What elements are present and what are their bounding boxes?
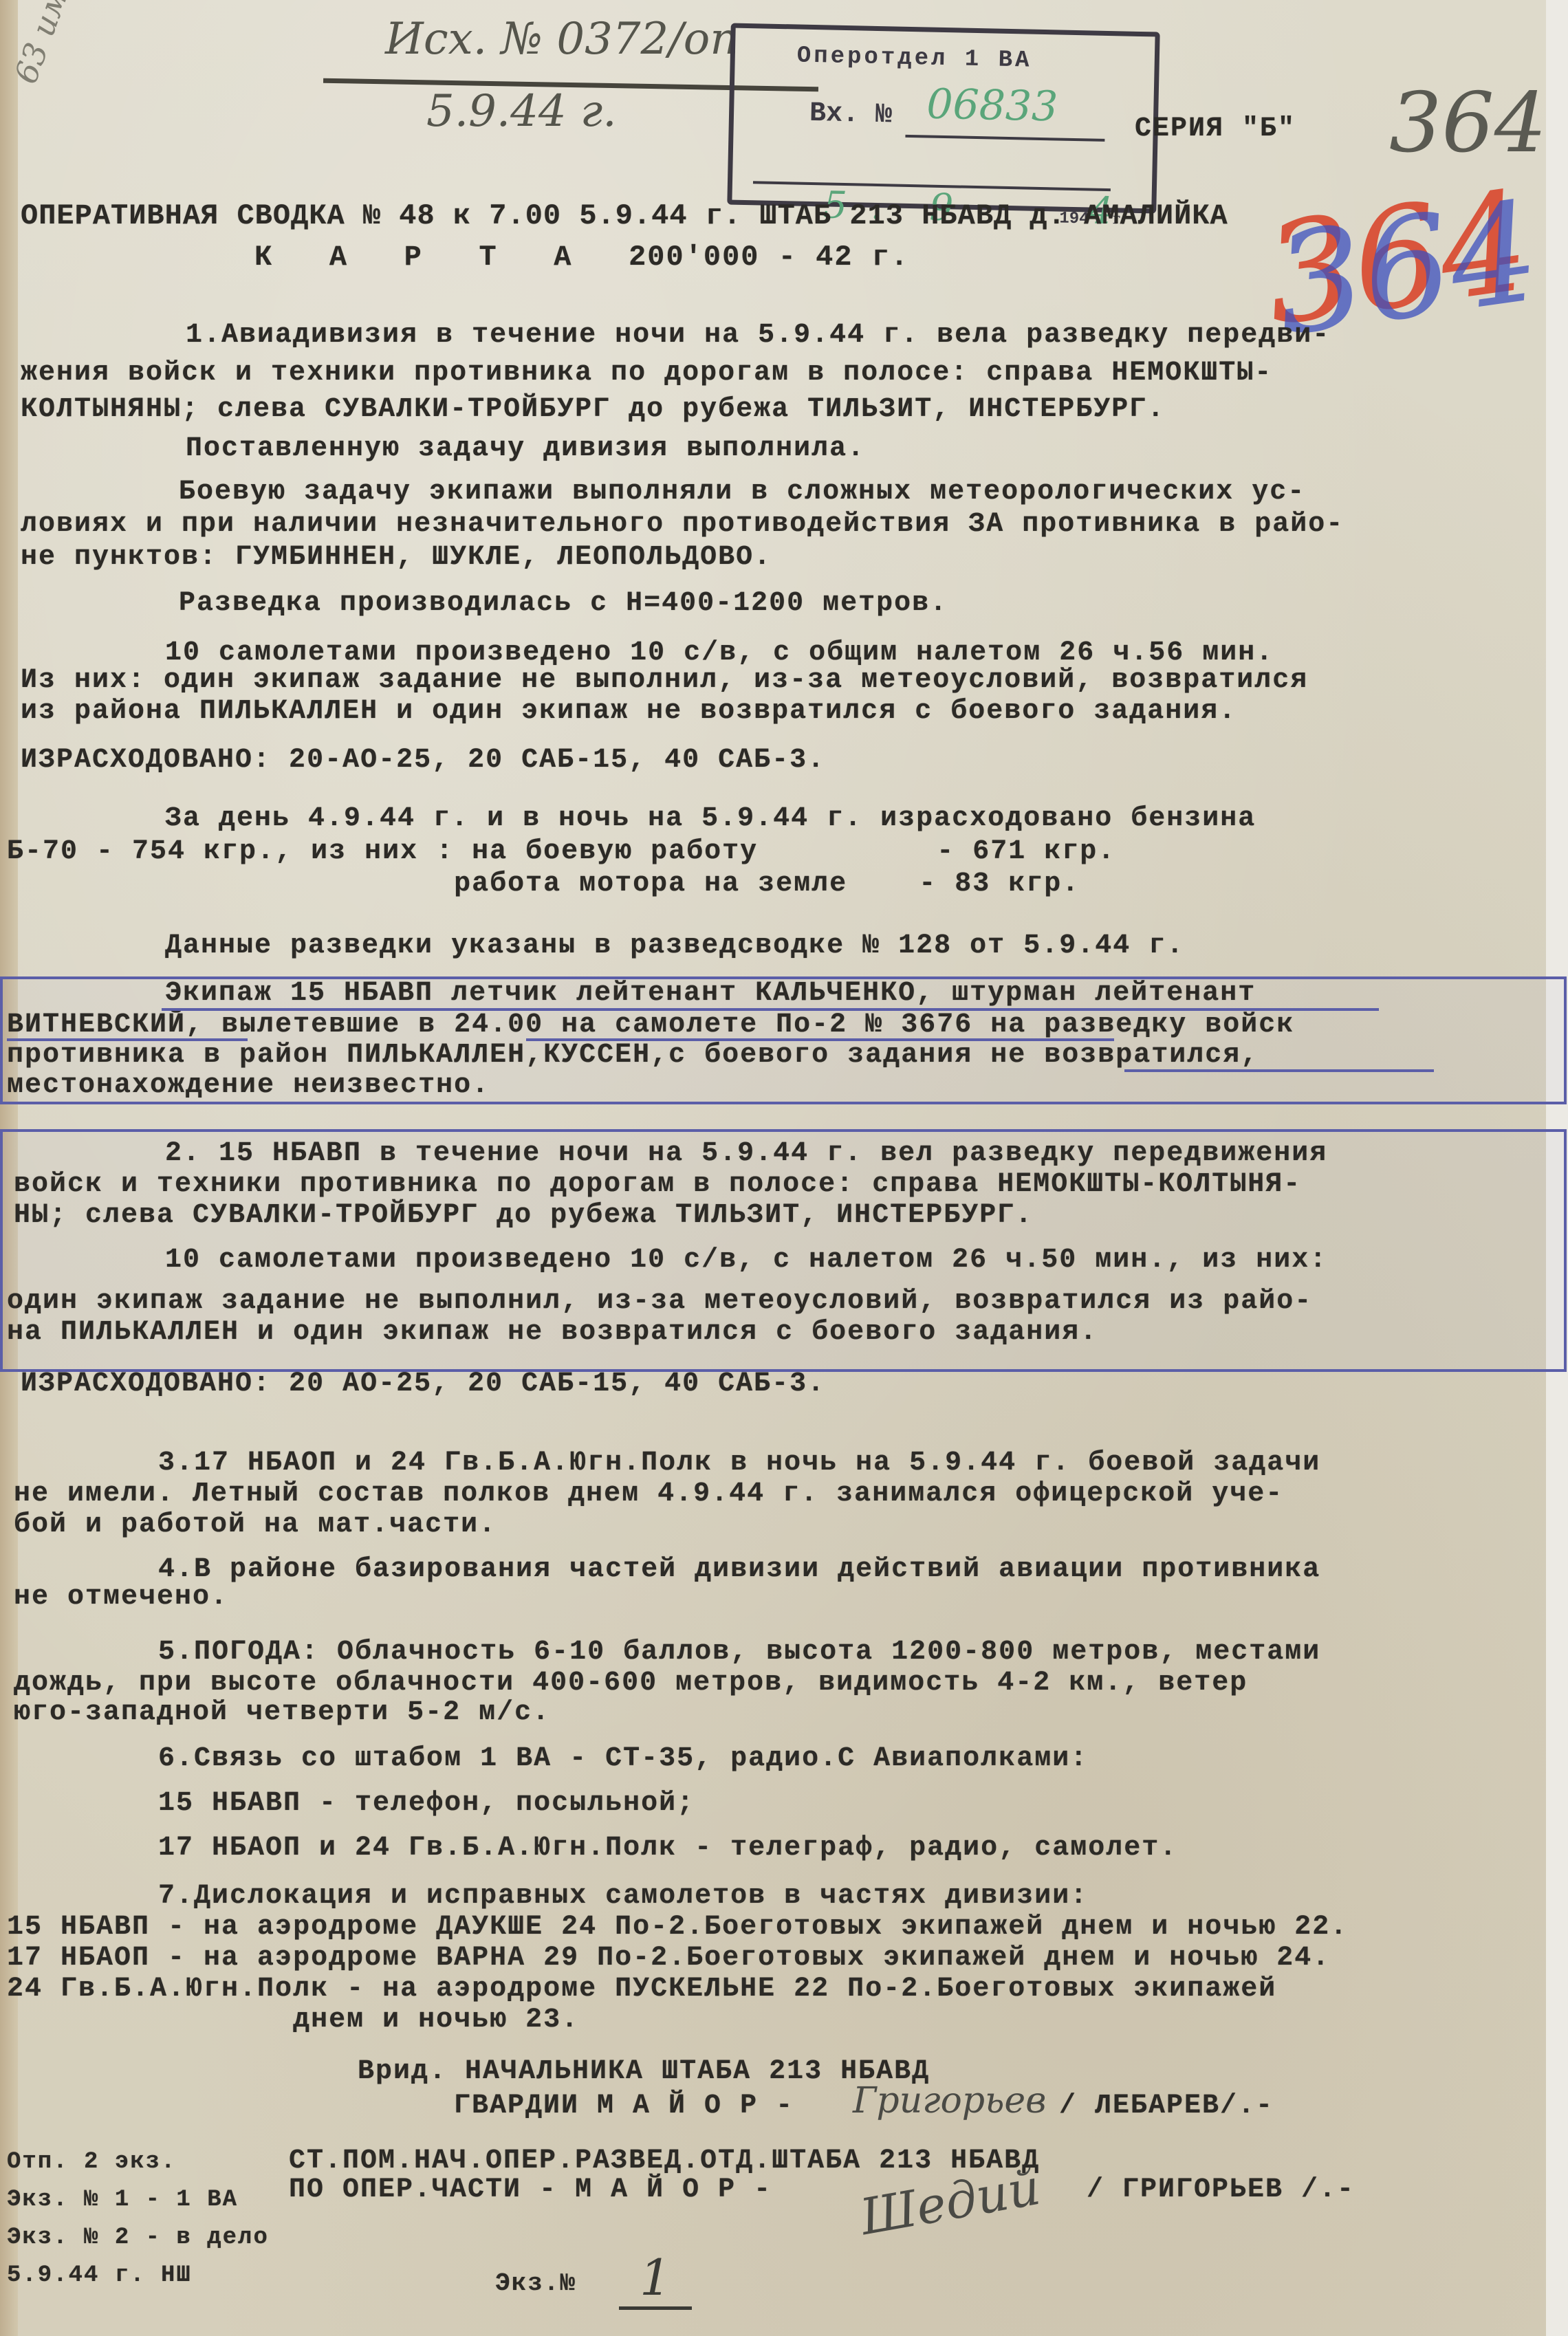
p5-line3: из района ПИЛЬКАЛЛЕН и один экипаж не во… [21,696,1237,727]
underline-names [162,1008,1379,1011]
page-number-pencil: 364 [1389,76,1547,171]
p9-line2: ВИТНЕВСКИЙ, вылетевшие в 24.00 на самоле… [7,1009,1294,1040]
p14-line1: 4.В районе базирования частей дивизии де… [158,1554,1320,1585]
copy-number: 1 [619,2249,692,2310]
underline-aircraft [526,1038,1114,1041]
distribution-line-4: 5.9.44 г. НШ [7,2262,192,2289]
p10-line1: 2. 15 НБАВП в течение ночи на 5.9.44 г. … [165,1138,1327,1169]
map-reference: К А Р Т А 200'000 - 42 г. [254,241,909,274]
outgoing-number: Исх. № 0372/оп [385,14,739,65]
underline-navigator [7,1038,248,1041]
p16-line2: 15 НБАВП - телефон, посыльной; [158,1788,695,1819]
p17-line3: 17 НБАОП - на аэродроме ВАРНА 29 По-2.Бо… [7,1943,1330,1974]
underline-not-returned [1124,1069,1434,1072]
p15-line1: 5.ПОГОДА: Облачность 6-10 баллов, высота… [158,1637,1320,1668]
p16-line1: 6.Связь со штабом 1 ВА - СТ-35, радио.С … [158,1743,1088,1774]
stamp-incoming-label: Вх. № [809,98,893,131]
p3-line2: ловиях и при наличии незначительного про… [21,509,1344,540]
sig2-name: / ГРИГОРЬЕВ /.- [1087,2174,1355,2205]
p4: Разведка производилась с Н=400-1200 метр… [179,588,948,619]
p17-line5: днем и ночью 23. [7,2005,579,2035]
p3-line3: не пунктов: ГУМБИННЕН, ШУКЛЕ, ЛЕОПОЛЬДОВ… [21,542,772,573]
document-page: 63 им Будур Исх. № 0372/оп 5.9.44 г. Опе… [0,0,1568,2336]
p7-line1: За день 4.9.44 г. и в ночь на 5.9.44 г. … [165,803,1256,834]
p6: ИЗРАСХОДОВАНО: 20-АО-25, 20 САБ-15, 40 С… [21,745,825,776]
p11-line1: 10 самолетами произведено 10 с/в, с нале… [165,1245,1327,1276]
p1-line3: КОЛТЫНЯНЫ; слева СУВАЛКИ-ТРОЙБУРГ до руб… [21,394,1165,425]
p9-line3: противника в район ПИЛЬКАЛЛЕН,КУССЕН,с б… [7,1040,1259,1071]
sig1-signature: Григорьев [853,2080,1046,2121]
p7-line2: Б-70 - 754 кгр., из них : на боевую рабо… [7,836,1115,867]
p5-line1: 10 самолетами произведено 10 с/в, с общи… [165,637,1274,668]
p17-line4: 24 Гв.Б.А.Югн.Полк - на аэродроме ПУСКЕЛ… [7,1974,1276,2005]
p12: ИЗРАСХОДОВАНО: 20 АО-25, 20 САБ-15, 40 С… [21,1368,825,1399]
p10-line3: НЫ; слева СУВАЛКИ-ТРОЙБУРГ до рубежа ТИЛ… [14,1200,1033,1231]
p17-line1: 7.Дислокация и исправных самолетов в час… [158,1881,1088,1912]
p13-line1: 3.17 НБАОП и 24 Гв.Б.А.Югн.Полк в ночь н… [158,1448,1320,1478]
p8: Данные разведки указаны в разведсводке №… [165,930,1184,961]
p11-line3: на ПИЛЬКАЛЛЕН и один экипаж не возвратил… [7,1317,1098,1348]
sig1-position: Врид. НАЧАЛЬНИКА ШТАБА 213 НБАВД [358,2056,930,2087]
p13-line2: не имели. Летный состав полков днем 4.9.… [14,1478,1283,1509]
p2: Поставленную задачу дивизия выполнила. [186,433,865,464]
sig2-rank: ПО ОПЕР.ЧАСТИ - М А Й О Р - [289,2174,772,2205]
document-title: ОПЕРАТИВНАЯ СВОДКА № 48 к 7.00 5.9.44 г.… [21,199,1228,232]
p14-line2: не отмечено. [14,1582,228,1613]
outgoing-date: 5.9.44 г. [426,86,617,137]
stamp-title: Оперотдел 1 ВА [796,43,1032,74]
p9-line1: Экипаж 15 НБАВП летчик лейтенант КАЛЬЧЕН… [165,978,1256,1009]
distribution-line-2: Экз. № 1 - 1 ВА [7,2187,238,2213]
seria-label: СЕРИЯ "Б" [1135,113,1296,144]
p7-line3: работа мотора на земле - 83 кгр. [7,869,1080,899]
margin-note: 63 им Будур [7,0,113,88]
copy-label: Экз.№ [495,2269,576,2297]
stamp-number-line [905,135,1104,142]
distribution-line-1: Отп. 2 экз. [7,2149,176,2175]
p9-line4: местонахождение неизвестно. [7,1070,490,1101]
p10-line2: войск и техники противника по дорогам в … [14,1169,1301,1200]
sig1-rank: ГВАРДИИ М А Й О Р - [454,2091,794,2121]
p15-line3: юго-западной четверти 5-2 м/с. [14,1697,550,1728]
incoming-stamp: Оперотдел 1 ВА Вх. № 06833 5 . 9 1944г. [727,23,1159,213]
p17-line2: 15 НБАВП - на аэродроме ДАУКШЕ 24 По-2.Б… [7,1912,1348,1943]
sig1-name: / ЛЕБАРЕВ/.- [1059,2091,1274,2121]
sig2-position: СТ.ПОМ.НАЧ.ОПЕР.РАЗВЕД.ОТД.ШТАБА 213 НБА… [289,2146,1040,2176]
distribution-line-3: Экз. № 2 - в дело [7,2225,269,2251]
p16-line3: 17 НБАОП и 24 Гв.Б.А.Югн.Полк - телеграф… [158,1833,1177,1864]
p3-line1: Боевую задачу экипажи выполняли в сложны… [179,477,1305,507]
p5-line2: Из них: один экипаж задание не выполнил,… [21,665,1308,696]
p11-line2: один экипаж задание не выполнил, из-за м… [7,1286,1312,1317]
p1-line2: жения войск и техники противника по доро… [21,358,1272,389]
p15-line2: дождь, при высоте облачности 400-600 мет… [14,1668,1248,1699]
p1-line1: 1.Авиадивизия в течение ночи на 5.9.44 г… [186,320,1330,351]
p13-line3: бой и работой на мат.части. [14,1509,497,1540]
stamp-incoming-number: 06833 [926,80,1058,131]
